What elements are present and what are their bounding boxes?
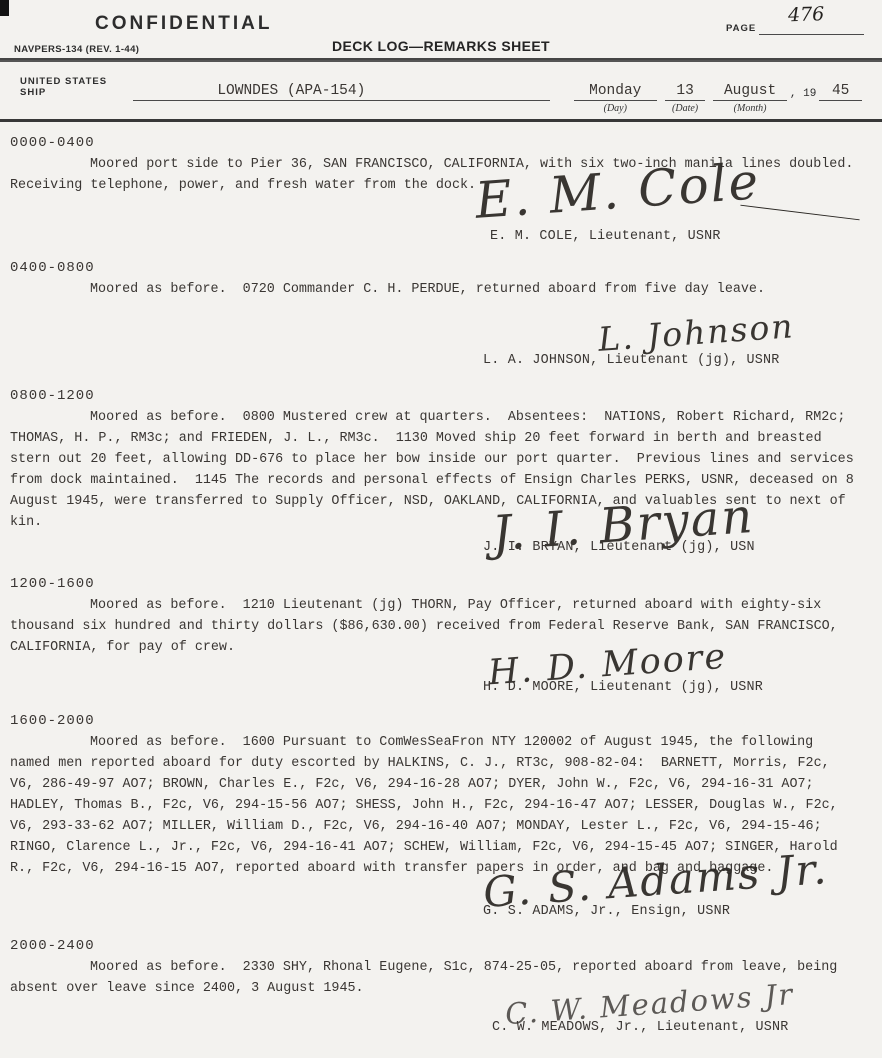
signature-typed: G. S. ADAMS, Jr., Ensign, USNR <box>483 904 730 919</box>
date-label: (Date) <box>665 101 706 116</box>
page-label: PAGE <box>726 23 756 35</box>
signature-typed: J. I. BRYAN, Lieutenant (jg), USN <box>483 540 755 555</box>
ship-label: UNITED STATES SHIP <box>20 76 133 101</box>
date-value: 13 <box>665 83 706 101</box>
signature-typed: E. M. COLE, Lieutenant, USNR <box>490 229 721 244</box>
signature-typed: L. A. JOHNSON, Lieutenant (jg), USNR <box>483 353 780 368</box>
log-entry-2000-2400: 2000-2400 Moored as before. 2330 SHY, Rh… <box>0 937 882 999</box>
classification-stamp: CONFIDENTIAL <box>95 13 272 35</box>
ship-name: LOWNDES (APA-154) <box>133 83 550 101</box>
log-entry-1600-2000: 1600-2000 Moored as before. 1600 Pursuan… <box>0 712 882 879</box>
header-bottom-rule <box>0 119 882 122</box>
signature-typed: H. D. MOORE, Lieutenant (jg), USNR <box>483 680 763 695</box>
scan-corner-artifact <box>0 0 9 16</box>
entry-text: Moored as before. 1210 Lieutenant (jg) T… <box>0 595 856 658</box>
year-value: 45 <box>819 83 862 101</box>
entry-time-range: 0400-0800 <box>0 259 882 277</box>
day-label: (Day) <box>574 101 657 116</box>
ship-name-field: LOWNDES (APA-154) <box>133 83 550 116</box>
document-title: DECK LOG—REMARKS SHEET <box>0 38 882 54</box>
log-entry-0400-0800: 0400-0800 Moored as before. 0720 Command… <box>0 259 882 300</box>
header-double-rule <box>0 58 882 62</box>
signature-typed: C. W. MEADOWS, Jr., Lieutenant, USNR <box>492 1020 789 1035</box>
log-entry-0000-0400: 0000-0400 Moored port side to Pier 36, S… <box>0 134 882 196</box>
day-value: Monday <box>574 83 657 101</box>
entry-time-range: 1600-2000 <box>0 712 882 730</box>
log-entry-1200-1600: 1200-1600 Moored as before. 1210 Lieuten… <box>0 575 882 658</box>
date-field: 13 (Date) <box>665 83 706 116</box>
month-value: August <box>713 83 787 101</box>
entry-time-range: 1200-1600 <box>0 575 882 593</box>
page-number-field: 476 PAGE <box>726 3 864 35</box>
signature-flourish <box>740 205 859 221</box>
signature-handwritten: L. Johnson <box>597 306 796 359</box>
year-field: 45 <box>819 83 862 116</box>
entry-time-range: 0000-0400 <box>0 134 882 152</box>
deck-log-remarks-sheet: CONFIDENTIAL 476 PAGE NAVPERS-134 (REV. … <box>0 0 882 1058</box>
ship-and-date-row: UNITED STATES SHIP LOWNDES (APA-154) Mon… <box>20 76 862 116</box>
page-number-handwritten: 476 <box>788 2 865 27</box>
day-field: Monday (Day) <box>574 83 657 116</box>
log-entry-0800-1200: 0800-1200 Moored as before. 0800 Mustere… <box>0 387 882 533</box>
month-label: (Month) <box>713 101 787 116</box>
month-field: August (Month) <box>713 83 787 116</box>
entry-time-range: 2000-2400 <box>0 937 882 955</box>
entry-text: Moored as before. 0720 Commander C. H. P… <box>0 279 856 300</box>
year-prefix: , 19 <box>787 88 819 101</box>
entry-time-range: 0800-1200 <box>0 387 882 405</box>
